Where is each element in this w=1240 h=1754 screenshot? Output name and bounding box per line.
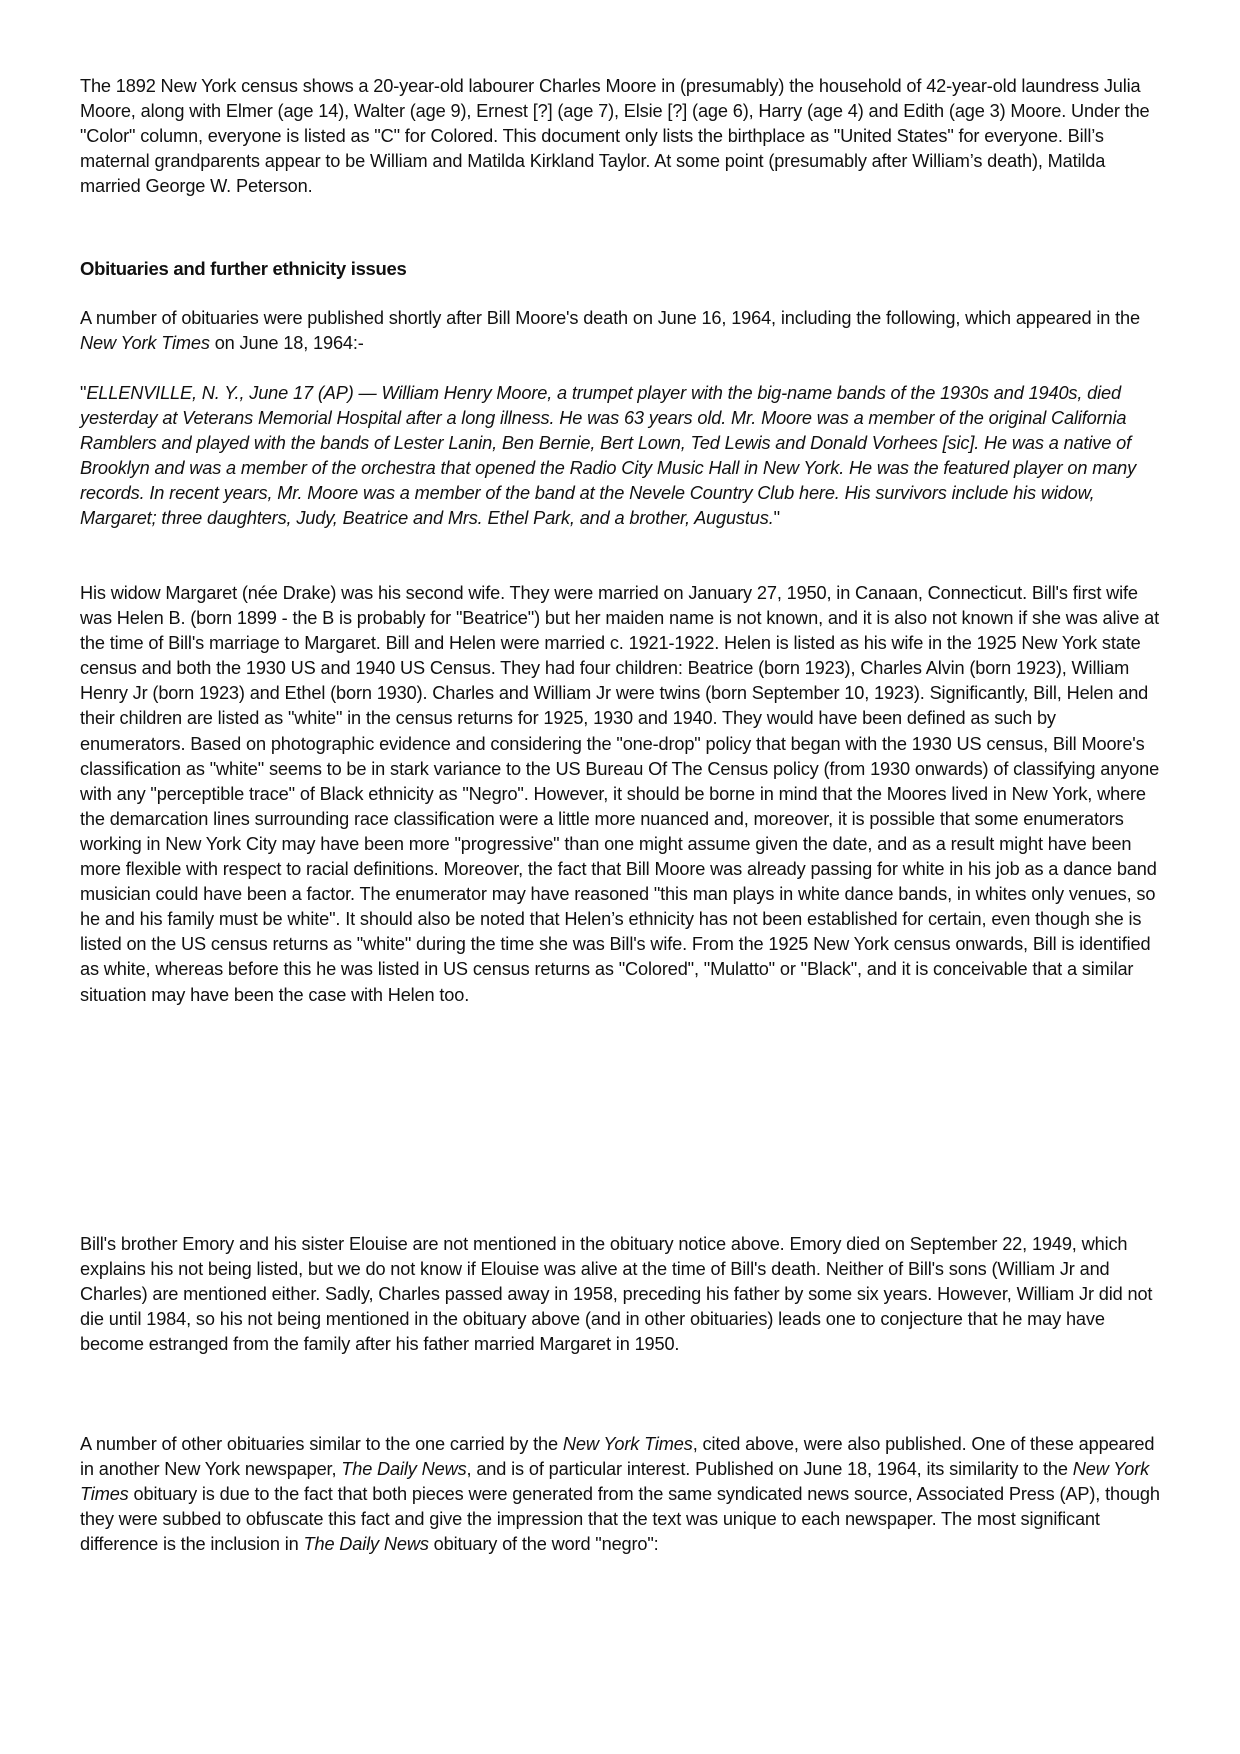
paragraph-census-1892: The 1892 New York census shows a 20-year… xyxy=(80,74,1160,199)
paragraph-siblings: Bill's brother Emory and his sister Elou… xyxy=(80,1232,1160,1357)
document-page: The 1892 New York census shows a 20-year… xyxy=(80,74,1160,199)
intro-text-end: on June 18, 1964:- xyxy=(210,333,364,353)
newspaper-title: The Daily News xyxy=(341,1459,466,1479)
quote-body: ELLENVILLE, N. Y., June 17 (AP) — Willia… xyxy=(80,383,1136,528)
newspaper-title: New York Times xyxy=(563,1434,693,1454)
section-heading: Obituaries and further ethnicity issues xyxy=(80,256,407,281)
paragraph-obituaries-intro: A number of obituaries were published sh… xyxy=(80,306,1160,356)
other-text-3: , and is of particular interest. Publish… xyxy=(467,1459,1073,1479)
quote-close: " xyxy=(774,508,780,528)
other-text-1: A number of other obituaries similar to … xyxy=(80,1434,563,1454)
newspaper-title: The Daily News xyxy=(304,1534,429,1554)
newspaper-title: New York Times xyxy=(80,333,210,353)
other-text-5: obituary of the word "negro": xyxy=(429,1534,659,1554)
intro-text: A number of obituaries were published sh… xyxy=(80,308,1140,328)
paragraph-other-obituaries: A number of other obituaries similar to … xyxy=(80,1432,1160,1557)
paragraph-widow-census: His widow Margaret (née Drake) was his s… xyxy=(80,581,1160,1008)
obituary-quote: "ELLENVILLE, N. Y., June 17 (AP) — Willi… xyxy=(80,381,1160,532)
